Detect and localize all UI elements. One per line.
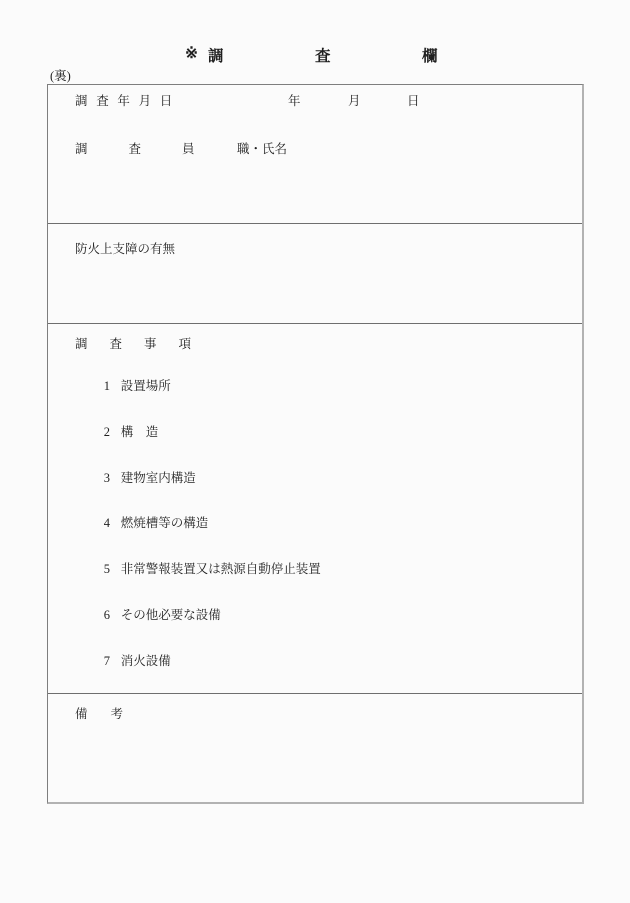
survey-item-6: 6その他必要な設備 bbox=[85, 596, 221, 635]
survey-form-box: 調査年月日 年 月 日 調査員 職・氏名 防火上支障の有無 調査事項 1設置場所… bbox=[47, 84, 584, 804]
survey-form-document: ※ 調 査 欄 (裏) 調査年月日 年 月 日 調査員 職・氏名 防火上支障の有… bbox=[0, 0, 630, 903]
section-divider-1 bbox=[48, 223, 582, 224]
item-number: 7 bbox=[104, 655, 114, 668]
fire-safety-label: 防火上支障の有無 bbox=[75, 243, 175, 256]
item-number: 2 bbox=[104, 426, 114, 439]
title-char-3: 欄 bbox=[422, 44, 438, 66]
survey-item-2: 2構 造 bbox=[85, 413, 158, 452]
title-char-1: 調 bbox=[208, 44, 224, 66]
item-label: 設置場所 bbox=[121, 379, 171, 393]
item-label: 建物室内構造 bbox=[121, 471, 196, 485]
survey-item-7: 7消火設備 bbox=[85, 642, 171, 681]
section-divider-3 bbox=[48, 693, 582, 694]
back-side-label: (裏) bbox=[50, 66, 71, 84]
remarks-label: 備考 bbox=[75, 708, 146, 721]
survey-item-5: 5非常警報装置又は熱源自動停止装置 bbox=[85, 550, 321, 589]
survey-item-4: 4燃焼槽等の構造 bbox=[85, 504, 208, 543]
item-label: 構 造 bbox=[121, 425, 159, 439]
section-divider-2 bbox=[48, 323, 582, 324]
item-label: 燃焼槽等の構造 bbox=[121, 516, 209, 530]
item-number: 5 bbox=[104, 563, 114, 576]
surveyor-label: 調査員 bbox=[75, 143, 236, 156]
item-label: 非常警報装置又は熱源自動停止装置 bbox=[121, 562, 321, 576]
month-unit-label: 月 bbox=[348, 95, 361, 108]
title-char-2: 査 bbox=[315, 44, 331, 66]
day-unit-label: 日 bbox=[407, 95, 420, 108]
item-number: 4 bbox=[104, 517, 114, 530]
item-number: 1 bbox=[104, 380, 114, 393]
item-label: 消火設備 bbox=[121, 654, 171, 668]
survey-item-3: 3建物室内構造 bbox=[85, 459, 196, 498]
year-unit-label: 年 bbox=[288, 95, 301, 108]
item-label: その他必要な設備 bbox=[121, 608, 221, 622]
survey-items-header: 調査事項 bbox=[75, 338, 213, 351]
title-reference-mark: ※ bbox=[185, 44, 198, 63]
survey-item-1: 1設置場所 bbox=[85, 367, 171, 406]
item-number: 3 bbox=[104, 472, 114, 485]
surveyor-name-label: 職・氏名 bbox=[237, 143, 287, 156]
item-number: 6 bbox=[104, 609, 114, 622]
survey-date-label: 調査年月日 bbox=[75, 95, 181, 108]
